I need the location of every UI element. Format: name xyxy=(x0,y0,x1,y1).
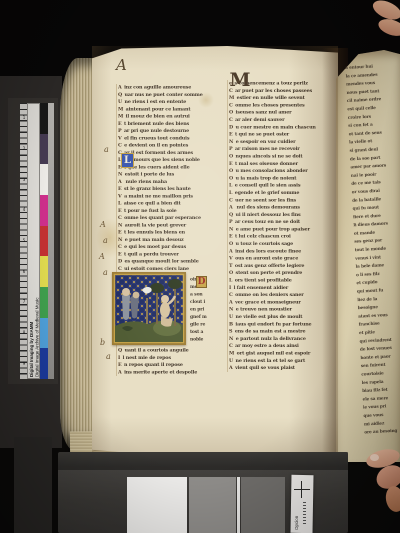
text-line: Et qui ne se puet oster xyxy=(229,131,335,138)
text-line: Une riens i est en entente xyxy=(118,99,230,106)
calibration-bar-text: Digital Imaging by DIAMM Digital Image A… xyxy=(29,103,40,377)
text-line: Mort gist auquel mil est espoir xyxy=(229,350,335,357)
margin-mark: a xyxy=(103,268,108,277)
gray-calibration-patch xyxy=(189,477,236,533)
color-swatch xyxy=(40,318,48,349)
label-tick-marks xyxy=(303,502,306,526)
color-swatch xyxy=(40,256,48,287)
text-line: Mestier en nulle wille sevent xyxy=(229,95,335,102)
color-swatch xyxy=(40,195,48,226)
text-line: Ou mes consolacions abonder xyxy=(229,168,335,175)
text-line: Une riens est la et tel se gart xyxy=(229,357,335,364)
text-line: Et mal ses oiseuse donner xyxy=(229,160,335,167)
miniature-illustration xyxy=(112,272,186,345)
text-line: Ainsi des lors escoute finee xyxy=(229,248,335,255)
miniature-scene xyxy=(112,272,186,345)
text-line: Legende et le grief somme xyxy=(229,189,335,196)
text-line: Quar nus ne puet conter somme xyxy=(118,91,230,98)
text-line: Ne ame puet pour trop apaiser xyxy=(229,226,335,233)
grayscale-strip xyxy=(48,103,54,379)
gray-calibration-patch xyxy=(241,477,285,533)
seated-nude-head xyxy=(161,295,169,303)
margin-mark: A xyxy=(100,220,106,229)
text-line: Vel fin crueus tout conduis xyxy=(118,135,230,142)
text-line: ore au besoing xyxy=(364,426,400,437)
text-line: noble xyxy=(190,336,229,344)
text-line: Ostent son perte et prendre xyxy=(229,270,335,277)
text-line: clout i xyxy=(190,299,229,307)
tree-canopy xyxy=(168,279,182,289)
text-line: Ne treuve nen moustier xyxy=(229,306,335,313)
text-line: Une vielle est plus de moult xyxy=(229,314,335,321)
text-line: Comme les choses presentes xyxy=(229,102,335,109)
text-line: Et briement nule des biens xyxy=(118,120,230,127)
color-swatch xyxy=(40,287,48,318)
text-line: Onques aincois si ne se doit xyxy=(229,153,335,160)
text-line: Car aler demi sauver xyxy=(229,116,335,123)
text-line: Ou ia mais trop de noient xyxy=(229,175,335,182)
text-line: Il nest mie de repos xyxy=(118,354,230,361)
text-line: Et les ennuis les biens en xyxy=(118,229,230,236)
quire-signature-mark: A xyxy=(116,56,127,74)
color-patch-column xyxy=(40,103,48,379)
text-line: Des quanque moult lor semble xyxy=(118,258,230,265)
text-line: A nule riens maha xyxy=(118,178,230,185)
illuminated-initial: L xyxy=(121,153,134,168)
color-swatch xyxy=(40,134,48,165)
text-line: A nul des siens demourans xyxy=(229,204,335,211)
text-line: gile re xyxy=(190,321,229,329)
text-column-1-tail: Quant il a courtois anguileIl nest mie d… xyxy=(118,347,230,376)
text-line: Maintenant pour ce lamant xyxy=(118,106,230,113)
margin-mark: a xyxy=(104,145,109,154)
staff xyxy=(146,298,148,324)
text-line: Par ceus touz en ne se doit xyxy=(229,219,335,226)
text-line: Ne puet ma main desouz xyxy=(118,236,230,243)
text-line: Du cuer mestre en main chascun xyxy=(229,124,335,131)
text-line: Ne sespoir en voz cuidier xyxy=(229,138,335,145)
text-line: en pri xyxy=(190,306,229,314)
text-line: Avec grace et monseigneur xyxy=(229,299,335,306)
crosshair-icon xyxy=(301,481,302,498)
text-line: Mil mouz de bien en autrui xyxy=(118,113,230,120)
text-line: gnef m xyxy=(190,314,229,322)
text-line: Et que les cuers aident elle xyxy=(118,164,230,171)
gold-initial: D xyxy=(196,276,207,288)
text-line: Et quil a perdu trouver xyxy=(118,251,230,258)
text-line: Ains merite aperte et despolle xyxy=(118,369,230,376)
standing-figure-head xyxy=(122,288,130,296)
text-line: Ou touz le courtois sage xyxy=(229,241,335,248)
text-line: Lors tient soi profitable xyxy=(229,277,335,284)
tree-trunk xyxy=(156,292,158,324)
text-line: Par raison mes ne recevoir xyxy=(229,146,335,153)
text-line: Comme on les deniers saner xyxy=(229,292,335,299)
margin-mark: b xyxy=(100,338,105,347)
text-column-1: Ainz con aguille amoureuseQuar nus ne pu… xyxy=(118,84,230,273)
text-line: tost a xyxy=(190,329,229,337)
standing-figure-robe xyxy=(122,292,130,320)
color-swatch xyxy=(40,348,48,379)
text-line: Vous en auront este grace xyxy=(229,255,335,262)
cradle-label-text: Opcion xyxy=(294,480,299,530)
text-line: Il fait ensement aidier xyxy=(229,284,335,291)
margin-mark: a xyxy=(106,352,111,361)
text-line: Ce devient on il en pointes xyxy=(118,142,230,149)
second-figure-head xyxy=(133,292,140,299)
text-line: Qui il niert dessouz les fins xyxy=(229,211,335,218)
book-shadow xyxy=(58,452,348,470)
text-line: Nestoit i porte de lus xyxy=(118,171,230,178)
text-line: Car moy estre a deus ainsi xyxy=(229,343,335,350)
text-line: Tost aus genz offerte legiere xyxy=(229,262,335,269)
patch-divider xyxy=(237,477,240,533)
text-line: Avient quil se vous plaist xyxy=(229,365,335,372)
text-line: Ce qui les moet par desus xyxy=(118,244,230,251)
text-line: Nauroit la vie peut grever xyxy=(118,222,230,229)
text-line: Et lui celz chascun croi xyxy=(229,233,335,240)
color-swatch xyxy=(40,103,48,134)
text-line: Va maint ne me maillon pris xyxy=(118,193,230,200)
text-line: En repos quant il repose xyxy=(118,362,230,369)
text-line: Ne partout nulz la delivrance xyxy=(229,335,335,342)
white-calibration-patch xyxy=(127,477,187,533)
tree-canopy xyxy=(150,283,164,293)
text-line: Quant il a courtois anguile xyxy=(118,347,230,354)
text-line: Sens de sa main est a mestre xyxy=(229,328,335,335)
text-line: Car il est forment des armes xyxy=(118,149,230,156)
text-line: Par pri que nule destourne xyxy=(118,128,230,135)
fingernail xyxy=(370,454,379,461)
text-line: Conme les quant par esperance xyxy=(118,215,230,222)
text-column-2: es comencemenz a touz perilzCar puet par… xyxy=(229,80,335,372)
color-swatch xyxy=(40,164,48,195)
tree-trunk xyxy=(174,288,176,326)
margin-mark: a xyxy=(103,236,108,245)
cradle-left-foot xyxy=(14,437,52,533)
text-line: Biaus qui endort fu par fortune xyxy=(229,321,335,328)
manuscript-photo: 123456789 Digital Imaging by DIAMM Digit… xyxy=(0,0,400,533)
penwork-initial: M xyxy=(229,68,251,94)
text-line: Cuer ne seent sor les fins xyxy=(229,197,335,204)
text-line: Le conseil quil le sien assis xyxy=(229,182,335,189)
margin-mark: A xyxy=(99,252,105,261)
text-line: Laisse ce quil a bien dit xyxy=(118,200,230,207)
text-line: Et pour ne fust la soie xyxy=(118,207,230,214)
text-line: Ainz con aguille amoureuse xyxy=(118,84,230,91)
color-swatch xyxy=(40,226,48,257)
text-line: Est le granz biens les haute xyxy=(118,186,230,193)
text-line: Oiseuses sanz nul amer xyxy=(229,109,335,116)
text-line: Les amours que les siens noble xyxy=(118,157,230,164)
text-line: a son xyxy=(190,291,229,299)
